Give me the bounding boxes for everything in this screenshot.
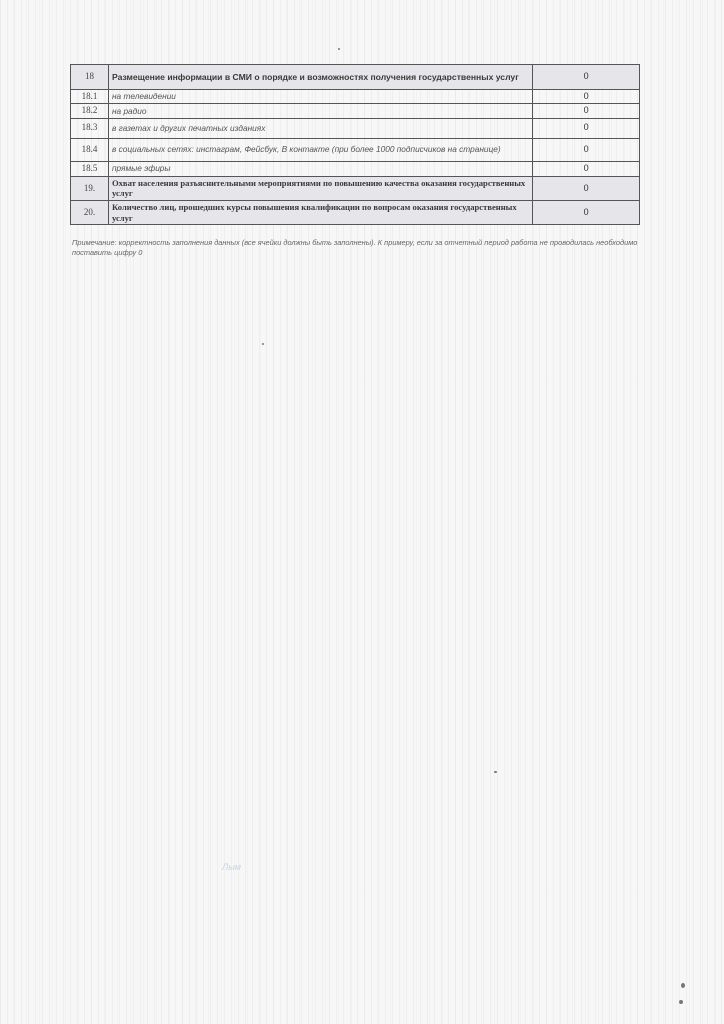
row-number: 20. <box>71 200 109 224</box>
scan-speck <box>338 48 340 50</box>
row-number: 18.5 <box>71 161 109 176</box>
row-value: 0 <box>533 176 640 200</box>
table-row-18: 18 Размещение информации в СМИ о порядке… <box>71 65 640 90</box>
report-table: 18 Размещение информации в СМИ о порядке… <box>70 64 640 225</box>
row-description: в социальных сетях: инстаграм, Фейсбук, … <box>108 138 532 161</box>
table-row-18-2: 18.2 на радио 0 <box>71 104 640 118</box>
scan-speck <box>262 343 264 345</box>
table-row-18-3: 18.3 в газетах и других печатных издания… <box>71 118 640 138</box>
row-description: в газетах и других печатных изданиях <box>108 118 532 138</box>
scan-speck <box>681 983 685 988</box>
row-value: 0 <box>533 104 640 118</box>
row-description: прямые эфиры <box>108 161 532 176</box>
row-number: 19. <box>71 176 109 200</box>
row-value: 0 <box>533 118 640 138</box>
row-description: на телевидении <box>108 90 532 104</box>
table-row-18-4: 18.4 в социальных сетях: инстаграм, Фейс… <box>71 138 640 161</box>
table-row-18-1: 18.1 на телевидении 0 <box>71 90 640 104</box>
footnote: Примечание: корректность заполнения данн… <box>72 238 642 259</box>
row-description: на радио <box>108 104 532 118</box>
scan-speck <box>679 1000 683 1004</box>
row-description: Охват населения разъяснительными меропри… <box>108 176 532 200</box>
row-number: 18.3 <box>71 118 109 138</box>
table-row-19: 19. Охват населения разъяснительными мер… <box>71 176 640 200</box>
scan-speck <box>494 771 497 773</box>
row-value: 0 <box>533 138 640 161</box>
faint-mark: Лым <box>222 862 241 872</box>
row-number: 18.2 <box>71 104 109 118</box>
row-value: 0 <box>533 161 640 176</box>
table-row-18-5: 18.5 прямые эфиры 0 <box>71 161 640 176</box>
table-row-20: 20. Количество лиц, прошедших курсы повы… <box>71 200 640 224</box>
row-number: 18.1 <box>71 90 109 104</box>
row-description: Размещение информации в СМИ о порядке и … <box>108 65 532 90</box>
row-description: Количество лиц, прошедших курсы повышени… <box>108 200 532 224</box>
row-value: 0 <box>533 65 640 90</box>
row-value: 0 <box>533 200 640 224</box>
row-value: 0 <box>533 90 640 104</box>
row-number: 18 <box>71 65 109 90</box>
row-number: 18.4 <box>71 138 109 161</box>
